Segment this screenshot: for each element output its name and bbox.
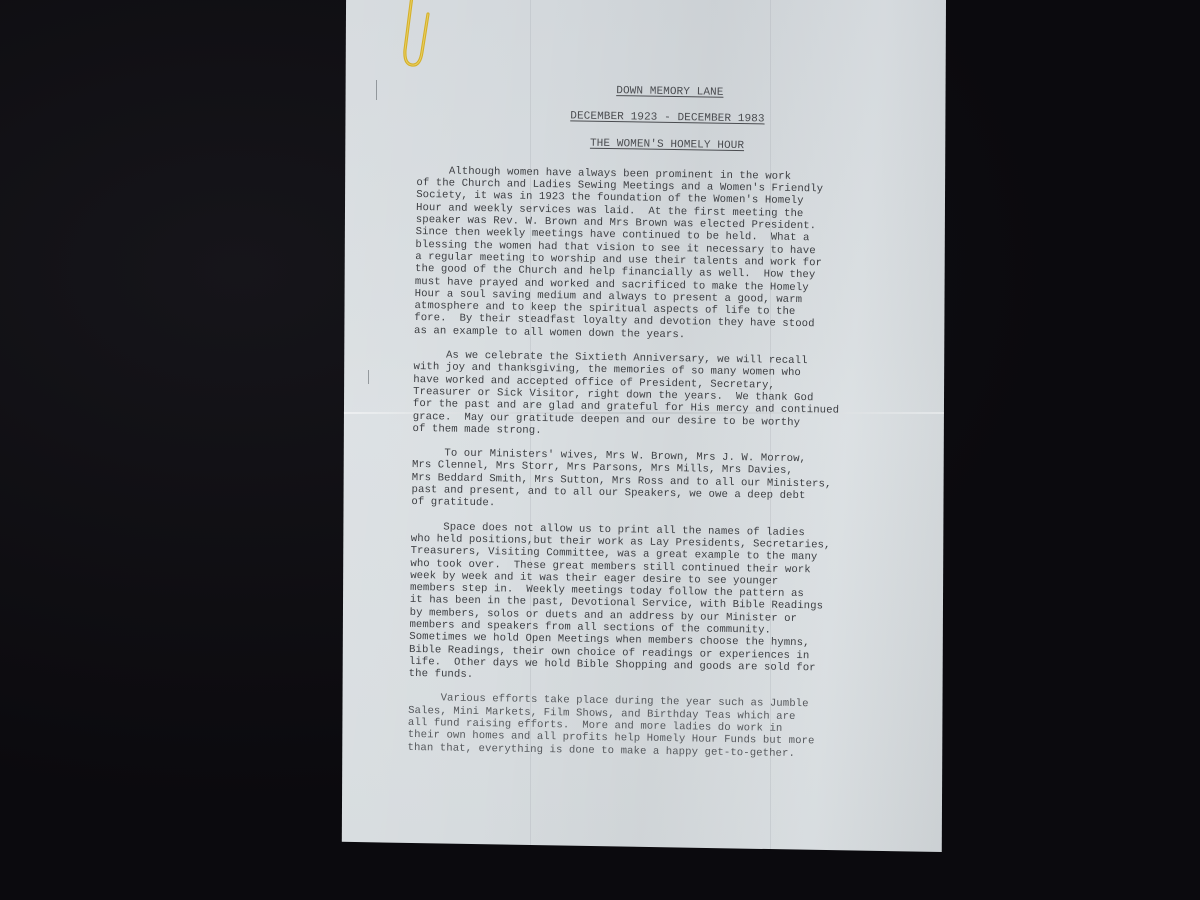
punch-mark xyxy=(376,80,380,100)
document-body: DOWN MEMORY LANE DECEMBER 1923 - DECEMBE… xyxy=(407,82,918,774)
paragraph-meetings: Space does not allow us to print all the… xyxy=(409,521,911,689)
heading-subtitle: THE WOMEN'S HOMELY HOUR xyxy=(417,135,917,155)
paragraph-fundraising: Various efforts take place during the ye… xyxy=(407,692,908,761)
paragraph-history: Although women have always been prominen… xyxy=(414,165,917,345)
punch-mark xyxy=(368,370,372,384)
paragraph-anniversary: As we celebrate the Sixtieth Anniversary… xyxy=(412,349,913,443)
paperclip-icon xyxy=(400,0,434,70)
paragraph-ministers-wives: To our Ministers' wives, Mrs W. Brown, M… xyxy=(411,447,912,516)
heading-dates: DECEMBER 1923 - DECEMBER 1983 xyxy=(417,108,917,128)
